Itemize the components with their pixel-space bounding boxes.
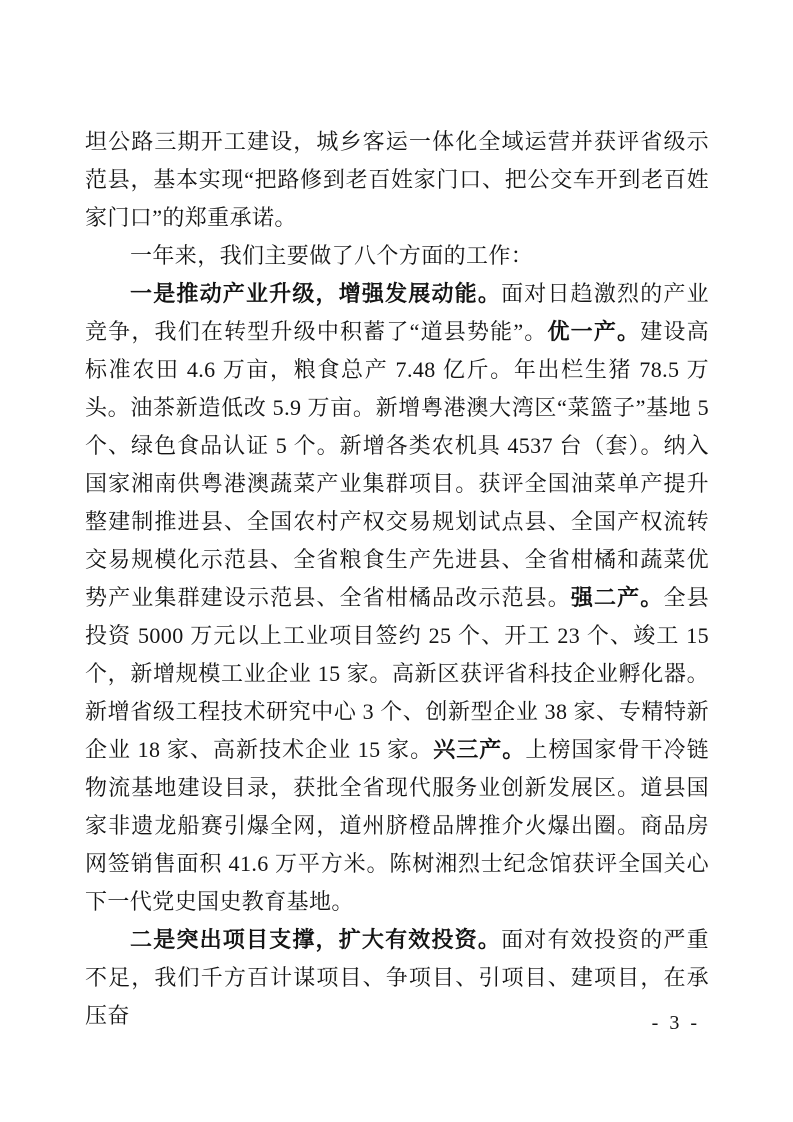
document-page: 坦公路三期开工建设，城乡客运一体化全域运营并获评省级示范县，基本实现“把路修到老… <box>0 0 793 1122</box>
page-number: - 3 - <box>652 1012 700 1034</box>
paragraph: 一年来，我们主要做了八个方面的工作： <box>85 237 709 275</box>
page-footer: - 3 - <box>0 1012 793 1035</box>
emphasis-run: 二是突出项目支撑，扩大有效投资。 <box>130 927 501 952</box>
text-run: 坦公路三期开工建设，城乡客运一体化全域运营并获评省级示范县，基本实现“把路修到老… <box>85 129 709 230</box>
text-run: 全县投资 5000 万元以上工业项目签约 25 个、开工 23 个、竣工 15 … <box>85 585 709 762</box>
emphasis-run: 一是推动产业升级，增强发展动能。 <box>130 281 501 306</box>
text-run: 上榜国家骨干冷链物流基地建设目录，获批全省现代服务业创新发展区。道县国家非遗龙船… <box>85 737 709 914</box>
emphasis-run: 兴三产。 <box>433 737 525 762</box>
emphasis-run: 优一产。 <box>547 319 640 344</box>
text-run: 一年来，我们主要做了八个方面的工作： <box>130 243 533 268</box>
paragraph: 坦公路三期开工建设，城乡客运一体化全域运营并获评省级示范县，基本实现“把路修到老… <box>85 123 709 237</box>
paragraph: 一是推动产业升级，增强发展动能。面对日趋激烈的产业竞争，我们在转型升级中积蓄了“… <box>85 275 709 921</box>
emphasis-run: 强二产。 <box>571 585 664 610</box>
document-body: 坦公路三期开工建设，城乡客运一体化全域运营并获评省级示范县，基本实现“把路修到老… <box>85 123 709 1035</box>
text-run: 建设高标准农田 4.6 万亩，粮食总产 7.48 亿斤。年出栏生猪 78.5 万… <box>85 319 709 610</box>
